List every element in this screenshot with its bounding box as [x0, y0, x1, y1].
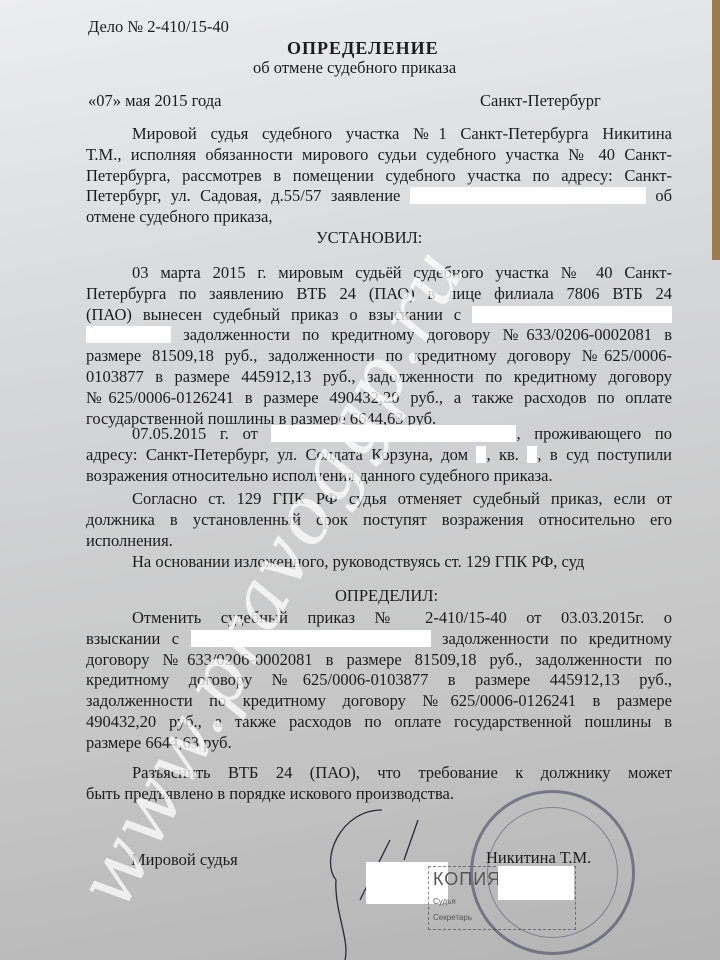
law-paragraph: Согласно ст. 129 ГПК РФ судья отменяет с… — [86, 489, 672, 551]
court-document: Дело № 2-410/15-40 ОПРЕДЕЛЕНИЕ об отмене… — [0, 0, 712, 960]
redacted-apartment — [527, 446, 537, 463]
signature-name: Никитина Т.М. — [486, 848, 591, 868]
objection-paragraph: 07.05.2015 г. от , проживающего по адрес… — [86, 424, 672, 486]
redacted-house — [476, 446, 486, 463]
redacted-name — [410, 187, 646, 204]
page-edge — [712, 0, 720, 260]
basis-paragraph: На основании изложенного, руководствуясь… — [132, 552, 584, 572]
section-heading-ruled: ОПРЕДЕЛИЛ: — [335, 586, 438, 606]
document-city: Санкт-Петербург — [480, 91, 601, 111]
redacted-name — [191, 630, 431, 647]
redacted-name — [86, 326, 171, 343]
established-paragraph: 03 марта 2015 г. мировым судьёй судебног… — [86, 263, 672, 429]
document-subtitle: об отмене судебного приказа — [253, 58, 456, 78]
section-heading-established: УСТАНОВИЛ: — [316, 228, 422, 248]
case-number: Дело № 2-410/15-40 — [88, 17, 229, 37]
redacted-name — [472, 306, 672, 323]
signature-label: Мировой судья — [131, 850, 238, 870]
redacted-name — [271, 425, 516, 442]
ruling-paragraph: Отменить судебный приказ № 2-410/15-40 о… — [86, 608, 672, 754]
redacted-signature-detail — [498, 866, 574, 900]
document-date: «07» мая 2015 года — [88, 91, 221, 111]
document-title: ОПРЕДЕЛЕНИЕ — [287, 38, 439, 58]
intro-paragraph: Мировой судья судебного участка №1 Санкт… — [86, 124, 672, 228]
